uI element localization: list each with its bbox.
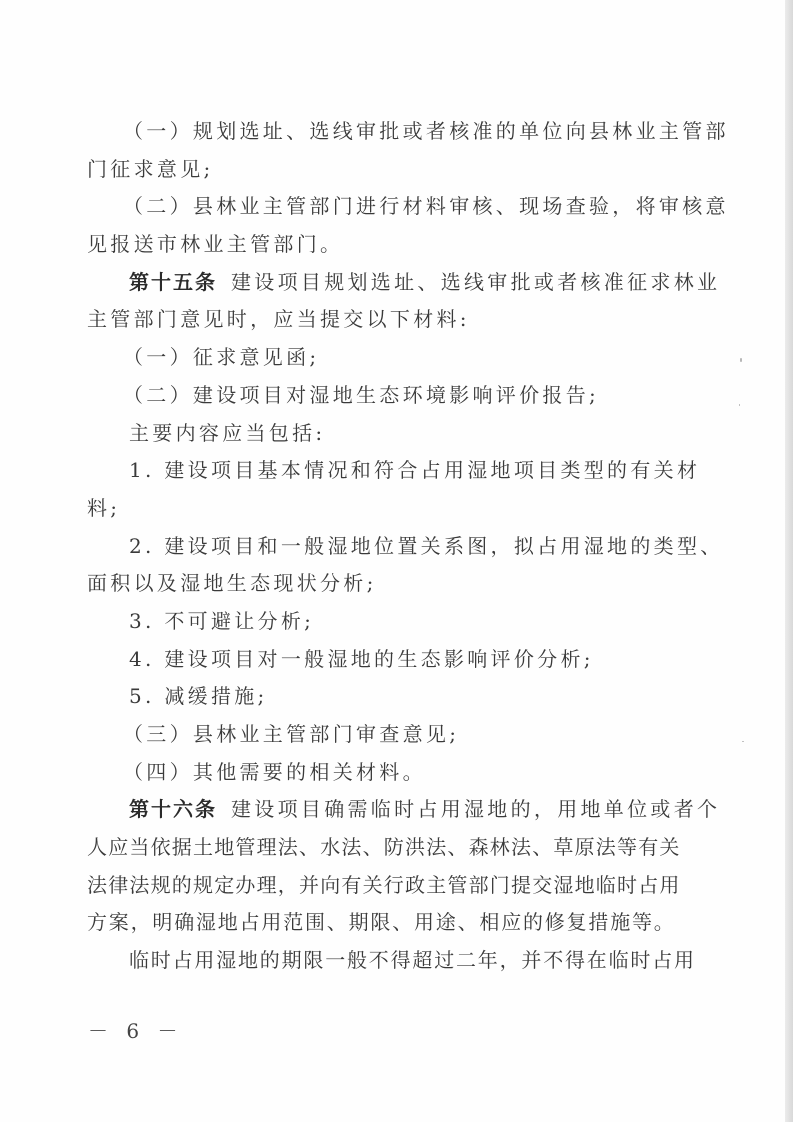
document-page: （一）规划选址、选线审批或者核准的单位向县林业主管部 门征求意见; （二）县林业… xyxy=(0,0,793,1122)
clause-2-line-1: （二）县林业主管部门进行材料审核、现场查验，将审核意 xyxy=(87,188,711,226)
article-15-line-2: 主管部门意见时，应当提交以下材料: xyxy=(87,301,711,339)
material-2-intro: 主要内容应当包括: xyxy=(87,415,711,453)
content-item-4: 4. 建设项目对一般湿地的生态影响评价分析; xyxy=(87,641,711,679)
article-15-text: 建设项目规划选址、选线审批或者核准征求林业 xyxy=(231,270,720,294)
article-16-line-2: 人应当依据土地管理法、水法、防洪法、森林法、草原法等有关 xyxy=(87,829,711,867)
content-item-1-line-2: 料; xyxy=(87,490,711,528)
article-16-line-3: 法律法规的规定办理，并向有关行政主管部门提交湿地临时占用 xyxy=(87,867,711,905)
document-body: （一）规划选址、选线审批或者核准的单位向县林业主管部 门征求意见; （二）县林业… xyxy=(87,113,711,980)
article-16-heading: 第十六条 xyxy=(129,797,217,821)
article-16-text: 建设项目确需临时占用湿地的，用地单位或者个 xyxy=(231,797,720,821)
material-4: （四）其他需要的相关材料。 xyxy=(87,754,711,792)
material-3: （三）县林业主管部门审查意见; xyxy=(87,716,711,754)
content-item-2-line-1: 2. 建设项目和一般湿地位置关系图，拟占用湿地的类型、 xyxy=(87,528,711,566)
scan-speck xyxy=(739,404,740,406)
material-1: （一）征求意见函; xyxy=(87,339,711,377)
article-15-heading: 第十五条 xyxy=(129,270,217,294)
page-number: － 6 － xyxy=(88,1015,183,1044)
article-15-line-1: 第十五条建设项目规划选址、选线审批或者核准征求林业 xyxy=(87,264,711,302)
content-item-3: 3. 不可避让分析; xyxy=(87,603,711,641)
content-item-5: 5. 减缓措施; xyxy=(87,678,711,716)
clause-1-line-1: （一）规划选址、选线审批或者核准的单位向县林业主管部 xyxy=(87,113,711,151)
scan-speck xyxy=(742,741,744,742)
scan-speck xyxy=(740,358,742,362)
scan-edge-shadow xyxy=(785,0,793,1122)
temporary-use-line-1: 临时占用湿地的期限一般不得超过二年，并不得在临时占用 xyxy=(87,942,711,980)
article-16-line-1: 第十六条建设项目确需临时占用湿地的，用地单位或者个 xyxy=(87,791,711,829)
material-2: （二）建设项目对湿地生态环境影响评价报告; xyxy=(87,377,711,415)
article-16-line-4: 方案，明确湿地占用范围、期限、用途、相应的修复措施等。 xyxy=(87,904,711,942)
clause-2-line-2: 见报送市林业主管部门。 xyxy=(87,226,711,264)
content-item-1-line-1: 1. 建设项目基本情况和符合占用湿地项目类型的有关材 xyxy=(87,452,711,490)
clause-1-line-2: 门征求意见; xyxy=(87,151,711,189)
content-item-2-line-2: 面积以及湿地生态现状分析; xyxy=(87,565,711,603)
